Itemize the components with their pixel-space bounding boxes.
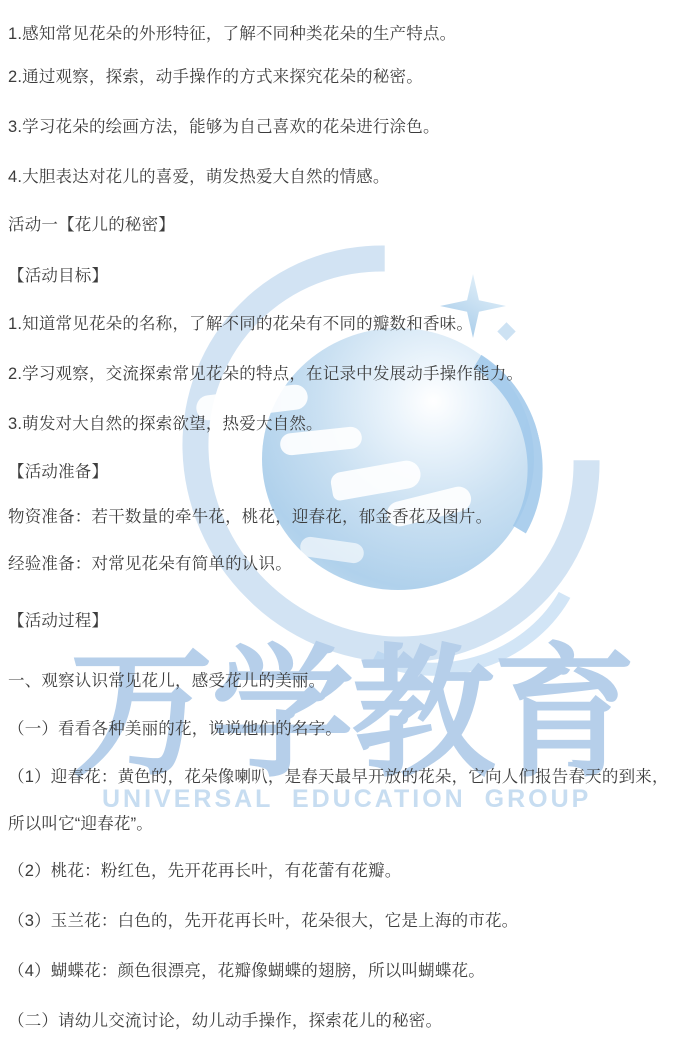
document-page: 1.感知常见花朵的外形特征，了解不同种类花朵的生产特点。2.通过观察，探索，动手…: [0, 0, 685, 1052]
text-line: 所以叫它“迎春花”。: [8, 815, 153, 835]
text-line: （3）玉兰花：白色的，先开花再长叶，花朵很大，它是上海的市花。: [8, 912, 518, 932]
text-line: （一）看看各种美丽的花，说说他们的名字。: [8, 720, 342, 740]
text-line: 3.学习花朵的绘画方法，能够为自己喜欢的花朵进行涂色。: [8, 118, 440, 138]
text-line: 3.萌发对大自然的探索欲望，热爱大自然。: [8, 415, 323, 435]
text-line: 一、观察认识常见花儿，感受花儿的美丽。: [8, 672, 325, 692]
text-line: 活动一【花儿的秘密】: [8, 216, 175, 236]
text-line: 物资准备：若干数量的牵牛花，桃花，迎春花，郁金香花及图片。: [8, 508, 492, 528]
text-line: （2）桃花：粉红色，先开花再长叶，有花蕾有花瓣。: [8, 862, 401, 882]
text-line: 【活动准备】: [8, 463, 108, 483]
text-line: 【活动过程】: [8, 612, 108, 632]
text-line: 1.感知常见花朵的外形特征，了解不同种类花朵的生产特点。: [8, 25, 456, 45]
text-line: 经验准备：对常见花朵有简单的认识。: [8, 555, 292, 575]
text-line: 2.学习观察，交流探索常见花朵的特点，在记录中发展动手操作能力。: [8, 365, 523, 385]
text-line: （4）蝴蝶花：颜色很漂亮，花瓣像蝴蝶的翅膀，所以叫蝴蝶花。: [8, 962, 485, 982]
text-line: （1）迎春花：黄色的，花朵像喇叭，是春天最早开放的花朵，它向人们报告春天的到来，: [8, 768, 669, 788]
text-line: 1.知道常见花朵的名称，了解不同的花朵有不同的瓣数和香味。: [8, 315, 473, 335]
text-line: 【活动目标】: [8, 267, 108, 287]
text-line: 4.大胆表达对花儿的喜爱，萌发热爱大自然的情感。: [8, 168, 390, 188]
text-line: （二）请幼儿交流讨论，幼儿动手操作，探索花儿的秘密。: [8, 1012, 442, 1032]
text-line: 2.通过观察，探索，动手操作的方式来探究花朵的秘密。: [8, 68, 423, 88]
